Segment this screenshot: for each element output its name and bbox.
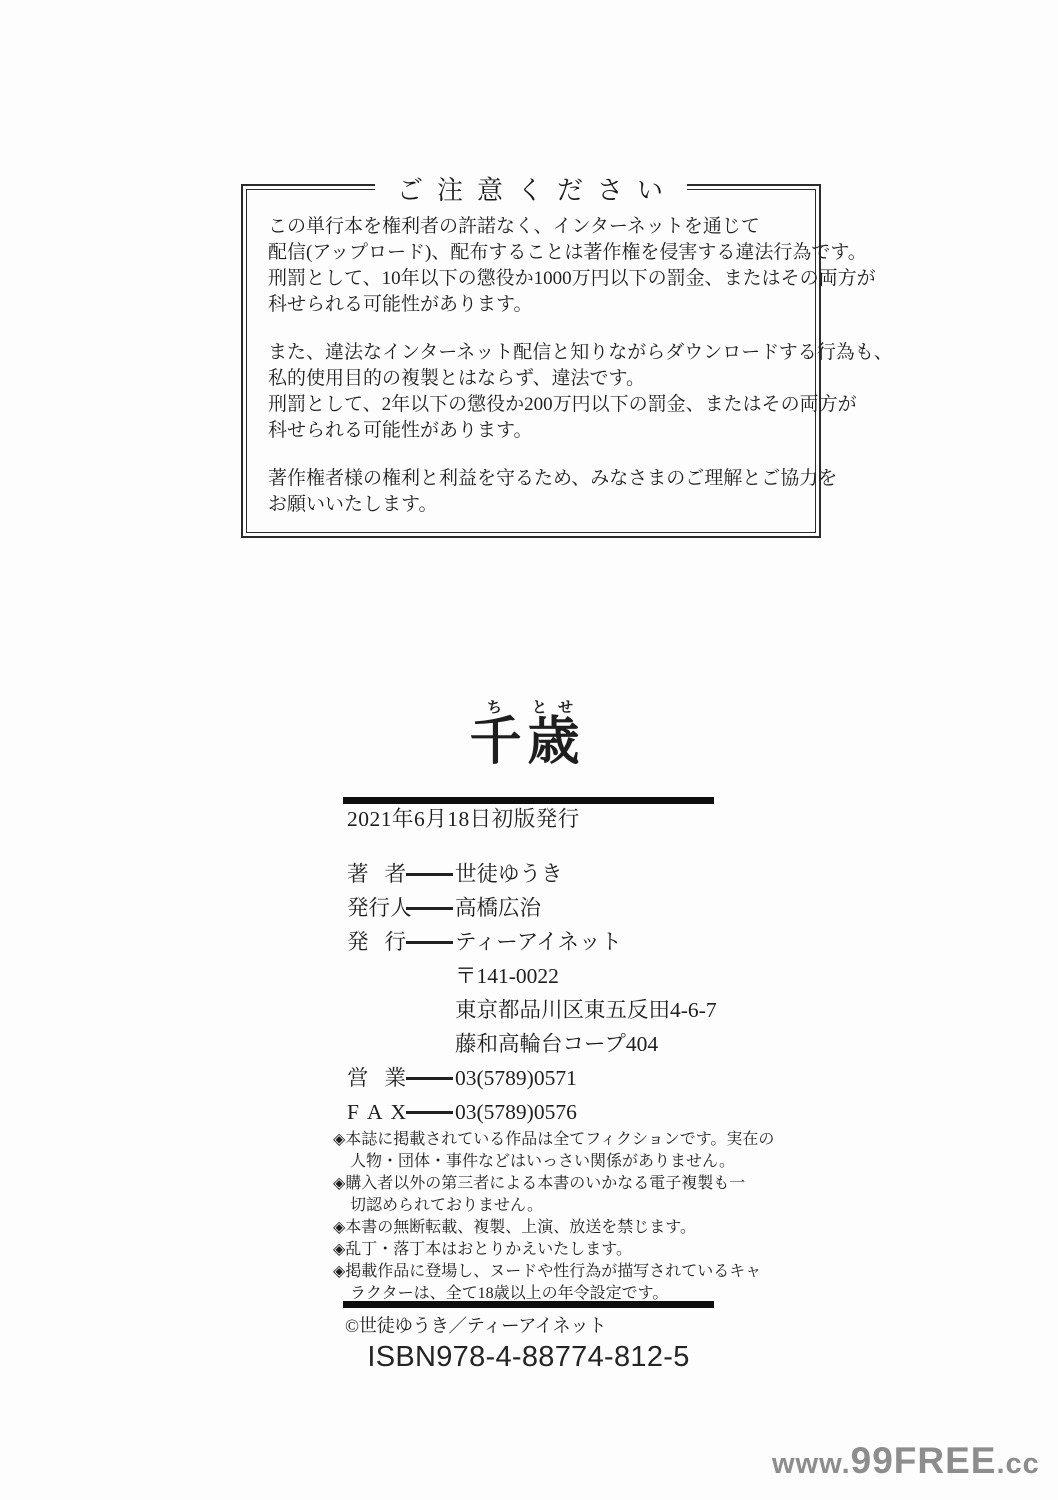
address-line-1: 東京都品川区東五反田4-6-7 bbox=[455, 998, 717, 1022]
sales-label: 営 業 bbox=[347, 1061, 406, 1095]
postal-code: 〒141-0022 bbox=[455, 964, 559, 988]
warning-paragraph-download: また、違法なインターネット配信と知りながらダウンロードする行為も、 私的使用目的… bbox=[268, 340, 815, 444]
note-line: ◈掲載作品に登場し、ヌードや性行為が描写されているキャ bbox=[333, 1261, 774, 1283]
note-line: ◈乱丁・落丁本はおとりかえいたします。 bbox=[333, 1239, 774, 1261]
publisher-person-label: 発行人 bbox=[347, 891, 406, 925]
watermark-prefix: www. bbox=[772, 1448, 851, 1480]
dash-line bbox=[406, 1077, 453, 1080]
copyright-line: ©世徒ゆうき／ティーアイネット bbox=[345, 1316, 606, 1338]
warning-line: 私的使用目的の複製とはならず、違法です。 bbox=[268, 366, 815, 392]
publisher-person-value: 高橋広治 bbox=[455, 896, 541, 920]
postal-code-row: 〒141-0022 bbox=[347, 959, 717, 993]
colophon-rows: 著 者世徒ゆうき 発行人高橋広治 発 行ティーアイネット 〒141-0022 東… bbox=[347, 857, 717, 1129]
warning-line: 科せられる可能性があります。 bbox=[268, 292, 815, 318]
title-furigana-2: とせ bbox=[528, 700, 580, 716]
note-line: ◈購入者以外の第三者による本書のいかなる電子複製も一 bbox=[333, 1173, 774, 1195]
address-row: 東京都品川区東五反田4-6-7 bbox=[347, 993, 717, 1027]
note-line: ラクターは、全て18歳以上の年令設定です。 bbox=[333, 1283, 774, 1305]
warning-line: お願いいたします。 bbox=[268, 492, 815, 518]
publisher-person-row: 発行人高橋広治 bbox=[347, 891, 717, 925]
site-watermark: www.99FREE.cc bbox=[772, 1440, 1040, 1482]
note-line: 切認められておりません。 bbox=[333, 1195, 774, 1217]
dash-line bbox=[406, 941, 453, 944]
warning-line: この単行本を権利者の許諾なく、インターネットを通じて bbox=[268, 214, 815, 240]
dash-line bbox=[406, 1111, 453, 1114]
watermark-suffix: .cc bbox=[997, 1448, 1040, 1480]
title-kanji-2: 歳とせ bbox=[528, 714, 580, 771]
divider-rule-top bbox=[343, 797, 714, 804]
isbn-number: ISBN978-4-88774-812-5 bbox=[343, 1341, 714, 1374]
warning-line: また、違法なインターネット配信と知りながらダウンロードする行為も、 bbox=[268, 340, 815, 366]
warning-paragraph-upload: この単行本を権利者の許諾なく、インターネットを通じて 配信(アップロード)、配布… bbox=[268, 214, 815, 318]
book-title: 千ち歳とせ bbox=[339, 700, 710, 782]
warning-box-title: ご注意ください bbox=[375, 170, 687, 207]
publication-date: 2021年6月18日初版発行 bbox=[347, 806, 580, 832]
author-row: 著 者世徒ゆうき bbox=[347, 857, 717, 891]
address-row: 藤和高輪台コープ404 bbox=[347, 1027, 717, 1061]
fax-row: F A X03(5789)0576 bbox=[347, 1095, 717, 1129]
title-kanji-1: 千ち bbox=[469, 714, 521, 771]
sales-phone: 03(5789)0571 bbox=[455, 1066, 577, 1090]
address-line-2: 藤和高輪台コープ404 bbox=[455, 1032, 658, 1056]
warning-line: 配信(アップロード)、配布することは著作権を侵害する違法行為です。 bbox=[268, 240, 815, 266]
warning-line: 刑罰として、10年以下の懲役か1000万円以下の罰金、またはその両方が bbox=[268, 266, 815, 292]
author-value: 世徒ゆうき bbox=[455, 862, 563, 886]
publisher-value: ティーアイネット bbox=[455, 930, 622, 954]
warning-paragraph-request: 著作権者様の権利と利益を守るため、みなさまのご理解とご協力を お願いいたします。 bbox=[268, 466, 815, 518]
dash-line bbox=[406, 907, 453, 910]
colophon-page: この単行本を権利者の許諾なく、インターネットを通じて 配信(アップロード)、配布… bbox=[0, 0, 1058, 1500]
warning-line: 著作権者様の権利と利益を守るため、みなさまのご理解とご協力を bbox=[268, 466, 815, 492]
publisher-label: 発 行 bbox=[347, 925, 406, 959]
warning-line: 科せられる可能性があります。 bbox=[268, 418, 815, 444]
fax-number: 03(5789)0576 bbox=[455, 1100, 577, 1124]
note-line: ◈本誌に掲載されている作品は全てフィクションです。実在の bbox=[333, 1129, 774, 1151]
warning-line: 刑罰として、2年以下の懲役か200万円以下の罰金、またはその両方が bbox=[268, 392, 815, 418]
sales-phone-row: 営 業03(5789)0571 bbox=[347, 1061, 717, 1095]
title-furigana-1: ち bbox=[469, 700, 521, 716]
copyright-warning-box: この単行本を権利者の許諾なく、インターネットを通じて 配信(アップロード)、配布… bbox=[241, 184, 821, 538]
note-line: ◈本書の無断転載、複製、上演、放送を禁じます。 bbox=[333, 1217, 774, 1239]
legal-notes: ◈本誌に掲載されている作品は全てフィクションです。実在の 人物・団体・事件などは… bbox=[333, 1129, 774, 1305]
copyright-warning-inner-border: この単行本を権利者の許諾なく、インターネットを通じて 配信(アップロード)、配布… bbox=[246, 189, 816, 533]
note-line: 人物・団体・事件などはいっさい関係がありません。 bbox=[333, 1151, 774, 1173]
publisher-row: 発 行ティーアイネット bbox=[347, 925, 717, 959]
author-label: 著 者 bbox=[347, 857, 406, 891]
watermark-name: 99FREE bbox=[851, 1440, 997, 1481]
fax-label: F A X bbox=[347, 1095, 406, 1129]
dash-line bbox=[406, 873, 453, 876]
copyright-warning-body: この単行本を権利者の許諾なく、インターネットを通じて 配信(アップロード)、配布… bbox=[247, 190, 815, 518]
